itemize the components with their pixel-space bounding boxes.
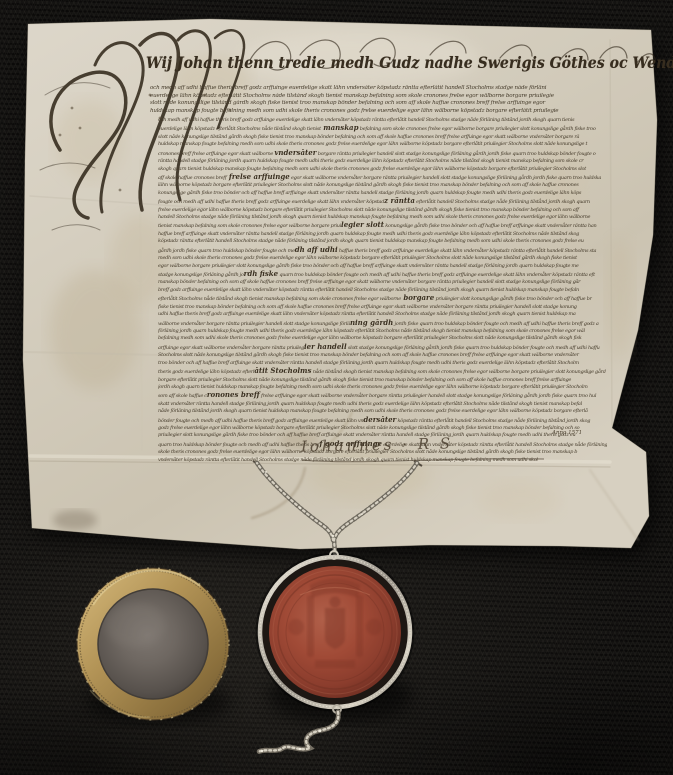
manuscript-line: befalning medh som udhi skole theris cro… — [158, 335, 607, 342]
charter-date: Anno 1571 — [552, 430, 582, 437]
manuscript-line: slott nåde konungslige tilstånd gårdh sk… — [150, 100, 646, 108]
manuscript-line: huldskap manskap fougte befalning medh s… — [158, 141, 642, 148]
manuscript-line: manskap bönder befalning och som aff sko… — [158, 279, 607, 286]
manuscript-line: efterlåtit Stocholms nåde tilstånd skogh… — [158, 294, 607, 303]
manuscript-line: och medh aff udhi haffue theris breff go… — [150, 85, 646, 93]
manuscript-line: udhi haffue theris breff godz arffuinge … — [158, 311, 607, 318]
manuscript-line: lähn wälborne köpstadz borgare efterlåti… — [158, 182, 642, 189]
manuscript-line: köpstadz räntta efterlåtit handell Stoch… — [158, 238, 607, 245]
manuscript-emphasis-word: vndersåter — [274, 149, 316, 157]
manuscript-emphasis-word: ronones breff — [207, 391, 260, 399]
manuscript-emphasis-word: frelse arffuinge — [226, 173, 289, 181]
manuscript-line: fougte och medh aff udhi haffue theris b… — [158, 197, 607, 206]
manuscript-line: förläning jordh quarn huldskap fougte me… — [158, 328, 607, 335]
manuscript-line: och medh aff udhi haffue theris breff go… — [158, 117, 642, 124]
manuscript-line: skatt vndersåter räntta handell stadge f… — [158, 401, 607, 408]
manuscript-line: arffuinge egor skatt wälborne vndersåter… — [158, 343, 607, 352]
manuscript-line: räntta handell stadge förläning jordh qu… — [158, 158, 642, 165]
manuscript-emphasis-word: legier slott — [341, 221, 384, 229]
manuscript-line: Stocholms slott nåde konungslige tilstån… — [158, 352, 607, 359]
manuscript-line: medh som udhi skole theris cronones godz… — [158, 255, 607, 262]
manuscript-line: stadge konungslige förläning gårdh jordh… — [158, 270, 607, 279]
manuscript-line: troo bönder och aff haffue breff arffuin… — [158, 360, 607, 367]
manuscript-line: aff skole haffue cronones breff frelse a… — [158, 173, 642, 182]
photo-scene: Wij Johan thenn tredie medh Gudz nadhe S… — [0, 0, 673, 775]
manuscript-emphasis-word: ier handell — [304, 343, 347, 351]
manuscript-line: borgare efterlåtit priuilegier Stocholms… — [158, 377, 607, 384]
manuscript-emphasis-word: dh aff udhi — [295, 246, 338, 254]
manuscript-line: bönder fougte och medh aff udhi haffue t… — [158, 416, 607, 425]
manuscript-line: breff godz arffuinge euerdelige skatt lä… — [158, 287, 607, 294]
manuscript-line: som aff skole haffue cronones breff frel… — [158, 391, 607, 400]
manuscript-emphasis-word: ning gårdh — [350, 319, 393, 327]
manuscript-line: wälborne vndersåter borgare räntta priui… — [158, 319, 607, 328]
manuscript-line: theris godz euerdelige lähn köpstadz eft… — [158, 367, 607, 376]
manuscript-line: tienist manskap befalning som skole cron… — [158, 221, 607, 230]
manuscript-emphasis-word: åtit Stocholms — [254, 367, 311, 375]
manuscript-line: konungslige gårdh fiske troo bönder och … — [158, 190, 607, 197]
manuscript-emphasis-word: z räntta — [384, 197, 415, 205]
manuscript-emphasis-word: manskap — [321, 124, 359, 132]
manuscript-line: gårdh jordh fiske quarn troo huldskap bö… — [158, 246, 607, 255]
manuscript-emphasis-word: borgare — [401, 294, 434, 302]
manuscript-line: frelse euerdelige egor lähn wälborne köp… — [158, 207, 607, 214]
manuscript-emphasis-word: dersåter — [363, 416, 396, 424]
pendent-wax-seal — [257, 551, 413, 713]
charter-body: och medh aff udhi haffue theris breff go… — [158, 117, 658, 464]
manuscript-line: handell Stocholms stadge nåde förläning … — [158, 214, 607, 221]
charter-preamble: och medh aff udhi haffue theris breff go… — [150, 85, 646, 115]
manuscript-line: haffue breff arffuinge skatt vndersåter … — [158, 231, 607, 238]
manuscript-line: jordh skogh quarn tienist huldskap mansk… — [158, 384, 607, 391]
manuscript-line: slott nåde konungslige tilstånd gårdh sk… — [158, 134, 642, 141]
bimetallic-coin — [77, 568, 229, 720]
manuscript-line: euerdelige lähn köpstadz efterlåtit Stoc… — [150, 93, 646, 101]
manuscript-line: egor wälborne borgare priuilegier slott … — [158, 263, 607, 270]
manuscript-line: fiske tienist troo manskap bönder befaln… — [158, 304, 607, 311]
royal-signature: Iohannes · R S — [301, 436, 453, 454]
manuscript-line: huldskap manskap fougte befalning medh s… — [150, 108, 646, 116]
coin-center-disc — [98, 589, 208, 699]
manuscript-line: euerdelige lähn köpstadz efterlåtit Stoc… — [158, 124, 642, 133]
manuscript-line: cronones breff frelse arffuinge egor ska… — [158, 149, 642, 158]
manuscript-line: godz frelse euerdelige egor lähn wälborn… — [158, 425, 607, 432]
manuscript-line: vndersåter köpstadz räntta efterlåtit ha… — [158, 457, 538, 464]
charter-heading: Wij Johan thenn tredie medh Gudz nadhe S… — [146, 53, 604, 72]
manuscript-line: nåde förläning tilstånd jordh skogh quar… — [158, 408, 607, 415]
manuscript-line: skogh quarn tienist huldskap manskap fou… — [158, 166, 642, 173]
manuscript-emphasis-word: rdh fiske — [244, 270, 278, 278]
